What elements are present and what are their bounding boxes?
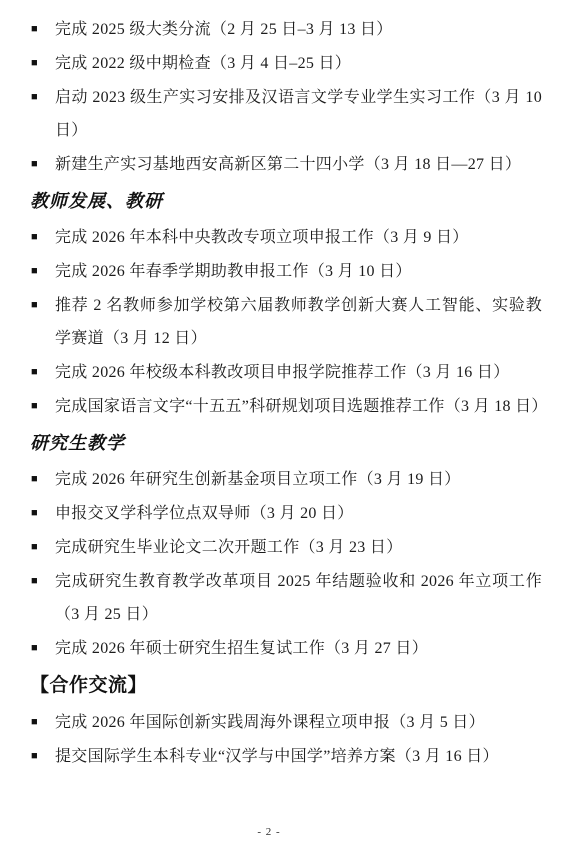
list-item-text: 启动 2023 级生产实习安排及汉语言文学专业学生实习工作（3 月 10 日） <box>55 89 542 139</box>
list-item: ■完成研究生毕业论文二次开题工作（3 月 23 日） <box>30 531 542 564</box>
list-item-text: 完成 2026 年研究生创新基金项目立项工作（3 月 19 日） <box>55 471 461 488</box>
list-item-text: 完成 2026 年本科中央教改专项立项申报工作（3 月 9 日） <box>55 229 469 246</box>
list-item: ■完成 2022 级中期检查（3 月 4 日–25 日） <box>30 47 542 80</box>
document-page: ■完成 2025 级大类分流（2 月 25 日–3 月 13 日）■完成 202… <box>0 0 568 845</box>
list-item: ■完成 2026 年校级本科教改项目申报学院推荐工作（3 月 16 日） <box>30 356 542 389</box>
content: ■完成 2025 级大类分流（2 月 25 日–3 月 13 日）■完成 202… <box>0 0 568 773</box>
list-item: ■新建生产实习基地西安高新区第二十四小学（3 月 18 日—27 日） <box>30 148 542 181</box>
list-item: ■启动 2023 级生产实习安排及汉语言文学专业学生实习工作（3 月 10 日） <box>30 81 542 147</box>
list-item-text: 申报交叉学科学位点双导师（3 月 20 日） <box>55 505 354 522</box>
list-item-text: 完成 2026 年校级本科教改项目申报学院推荐工作（3 月 16 日） <box>55 364 510 381</box>
bullet-square-icon: ■ <box>31 81 38 114</box>
bullet-square-icon: ■ <box>31 463 38 496</box>
page-number: - 2 - <box>0 826 538 838</box>
bullet-square-icon: ■ <box>31 13 38 46</box>
list-item: ■完成 2026 年本科中央教改专项立项申报工作（3 月 9 日） <box>30 221 542 254</box>
bullet-square-icon: ■ <box>31 221 38 254</box>
bullet-square-icon: ■ <box>31 632 38 665</box>
bullet-square-icon: ■ <box>31 148 38 181</box>
list-item: ■提交国际学生本科专业“汉学与中国学”培养方案（3 月 16 日） <box>30 740 542 773</box>
list-item-text: 推荐 2 名教师参加学校第六届教师教学创新大赛人工智能、实验教学赛道（3 月 1… <box>55 297 542 347</box>
list-item-text: 完成 2025 级大类分流（2 月 25 日–3 月 13 日） <box>55 21 393 38</box>
list-item-text: 完成 2026 年硕士研究生招生复试工作（3 月 27 日） <box>55 640 428 657</box>
bullet-square-icon: ■ <box>31 390 38 423</box>
list-item-text: 新建生产实习基地西安高新区第二十四小学（3 月 18 日—27 日） <box>55 156 521 173</box>
bullet-square-icon: ■ <box>31 356 38 389</box>
list-item: ■完成国家语言文字“十五五”科研规划项目选题推荐工作（3 月 18 日） <box>30 390 542 423</box>
list-item: ■完成 2026 年国际创新实践周海外课程立项申报（3 月 5 日） <box>30 706 542 739</box>
section-heading: 教师发展、教研 <box>30 183 542 219</box>
list-item: ■完成 2025 级大类分流（2 月 25 日–3 月 13 日） <box>30 13 542 46</box>
list-item: ■推荐 2 名教师参加学校第六届教师教学创新大赛人工智能、实验教学赛道（3 月 … <box>30 289 542 355</box>
bullet-square-icon: ■ <box>31 497 38 530</box>
list-item: ■申报交叉学科学位点双导师（3 月 20 日） <box>30 497 542 530</box>
section-heading: 【合作交流】 <box>30 668 542 704</box>
list-item-text: 完成研究生毕业论文二次开题工作（3 月 23 日） <box>55 539 403 556</box>
list-item-text: 完成国家语言文字“十五五”科研规划项目选题推荐工作（3 月 18 日） <box>55 398 548 415</box>
list-item: ■完成研究生教育教学改革项目 2025 年结题验收和 2026 年立项工作（3 … <box>30 565 542 631</box>
bullet-square-icon: ■ <box>31 531 38 564</box>
list-item-text: 完成 2026 年国际创新实践周海外课程立项申报（3 月 5 日） <box>55 714 485 731</box>
list-item-text: 提交国际学生本科专业“汉学与中国学”培养方案（3 月 16 日） <box>55 748 499 765</box>
section-heading: 研究生教学 <box>30 425 542 461</box>
list-item: ■完成 2026 年研究生创新基金项目立项工作（3 月 19 日） <box>30 463 542 496</box>
bullet-square-icon: ■ <box>31 565 38 598</box>
list-item: ■完成 2026 年春季学期助教申报工作（3 月 10 日） <box>30 255 542 288</box>
list-item-text: 完成 2026 年春季学期助教申报工作（3 月 10 日） <box>55 263 412 280</box>
bullet-square-icon: ■ <box>31 740 38 773</box>
list-item-text: 完成 2022 级中期检查（3 月 4 日–25 日） <box>55 55 351 72</box>
bullet-square-icon: ■ <box>31 289 38 322</box>
bullet-square-icon: ■ <box>31 47 38 80</box>
list-item: ■完成 2026 年硕士研究生招生复试工作（3 月 27 日） <box>30 632 542 665</box>
bullet-square-icon: ■ <box>31 255 38 288</box>
bullet-square-icon: ■ <box>31 706 38 739</box>
list-item-text: 完成研究生教育教学改革项目 2025 年结题验收和 2026 年立项工作（3 月… <box>55 573 542 623</box>
